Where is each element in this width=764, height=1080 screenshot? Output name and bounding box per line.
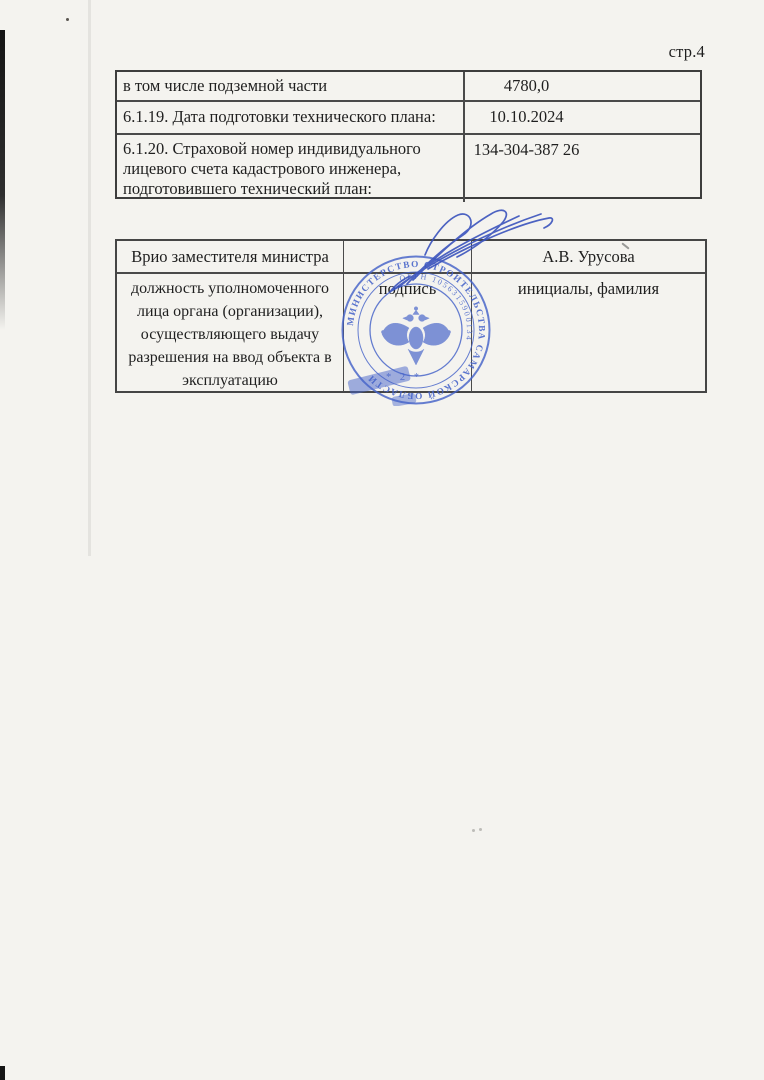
scan-edge-artifact [0,1066,5,1080]
scan-speck [479,828,482,831]
table-row: в том числе подземной части 4780,0 [117,72,700,100]
paper-edge-line [88,0,91,556]
handwritten-signature [383,197,568,299]
position-caption: должность уполномоченного лица органа (о… [117,274,343,392]
table-row: 6.1.20. Страховой номер индивидуального … [117,133,700,197]
scan-edge-artifact [0,30,5,330]
position-title: Врио заместителя министра [117,241,343,272]
eagle-emblem-icon [381,307,450,365]
table-row: 6.1.19. Дата подготовки технического пла… [117,100,700,133]
scan-speck [472,829,475,832]
row-value: 134-304-387 26 [463,135,700,202]
scan-speck [66,18,69,21]
stamp-center-mark: * 2 * [386,372,422,383]
row-value: 4780,0 [463,72,700,100]
row-label: в том числе подземной части [117,72,463,100]
scanned-document-page: стр.4 в том числе подземной части 4780,0… [0,0,764,1080]
row-label: 6.1.20. Страховой номер индивидуального … [117,135,463,202]
row-value: 10.10.2024 [463,102,700,133]
info-table: в том числе подземной части 4780,0 6.1.1… [115,70,702,199]
row-label: 6.1.19. Дата подготовки технического пла… [117,102,463,133]
page-number: стр.4 [669,42,705,62]
